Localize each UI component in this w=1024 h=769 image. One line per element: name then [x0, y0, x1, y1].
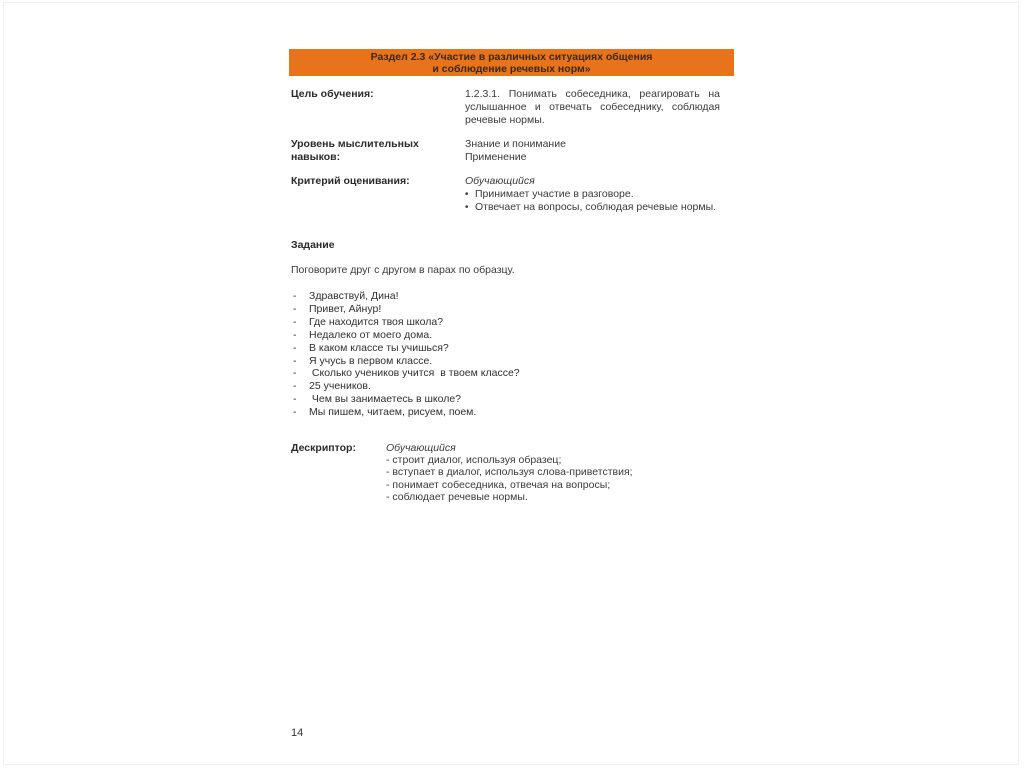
descriptor-body: Обучающийся - строит диалог, используя о… [386, 442, 633, 503]
thinking-level-label: Уровень мыслительных навыков: [291, 138, 419, 164]
dialog-line: 25 учеников. [291, 380, 520, 393]
criteria-subject: Обучающийся [465, 175, 720, 188]
thinking-level-value: Знание и понимание [465, 138, 720, 151]
section-title-line1: Раздел 2.3 «Участие в различных ситуация… [289, 51, 734, 63]
task-instruction: Поговорите друг с другом в парах по обра… [291, 264, 515, 276]
dialog-list: Здравствуй, Дина! Привет, Айнур! Где нах… [291, 290, 520, 419]
thinking-level-values: Знание и понимание Применение [465, 138, 720, 164]
document-page: Раздел 2.3 «Участие в различных ситуация… [289, 0, 739, 769]
thinking-level-label-line2: навыков: [291, 151, 419, 164]
task-heading: Задание [291, 239, 335, 251]
learning-goal-label: Цель обучения: [291, 88, 374, 101]
dialog-line: Мы пишем, читаем, рисуем, поем. [291, 406, 520, 419]
descriptor-item: - строит диалог, используя образец; [386, 454, 633, 466]
dialog-line: Я учусь в первом классе. [291, 355, 520, 368]
dialog-line: Где находится твоя школа? [291, 316, 520, 329]
dialog-line: Здравствуй, Дина! [291, 290, 520, 303]
dialog-line: Чем вы занимаетесь в школе? [291, 393, 520, 406]
thinking-level-label-line1: Уровень мыслительных [291, 138, 419, 151]
descriptor-label: Дескриптор: [291, 442, 356, 454]
descriptor-item: - соблюдает речевые нормы. [386, 491, 633, 503]
criteria-label: Критерий оценивания: [291, 175, 410, 188]
learning-goal-value: 1.2.3.1. Понимать собеседника, реагирова… [465, 88, 720, 127]
criteria-bullet: Принимает участие в разговоре. [465, 188, 720, 201]
dialog-line: Привет, Айнур! [291, 303, 520, 316]
thinking-level-value: Применение [465, 151, 720, 164]
descriptor-subject: Обучающийся [386, 442, 633, 454]
dialog-line: В каком классе ты учишься? [291, 342, 520, 355]
page-number: 14 [291, 727, 303, 739]
dialog-line: Недалеко от моего дома. [291, 329, 520, 342]
descriptor-item: - понимает собеседника, отвечая на вопро… [386, 479, 633, 491]
dialog-line: Сколько учеников учится в твоем классе? [291, 367, 520, 380]
section-title-banner: Раздел 2.3 «Участие в различных ситуация… [289, 49, 734, 76]
criteria-bullet: Отвечает на вопросы, соблюдая речевые но… [465, 201, 720, 214]
criteria-values: Обучающийся Принимает участие в разговор… [465, 175, 720, 214]
section-title-line2: и соблюдение речевых норм» [289, 63, 734, 75]
descriptor-item: - вступает в диалог, используя слова-при… [386, 466, 633, 478]
